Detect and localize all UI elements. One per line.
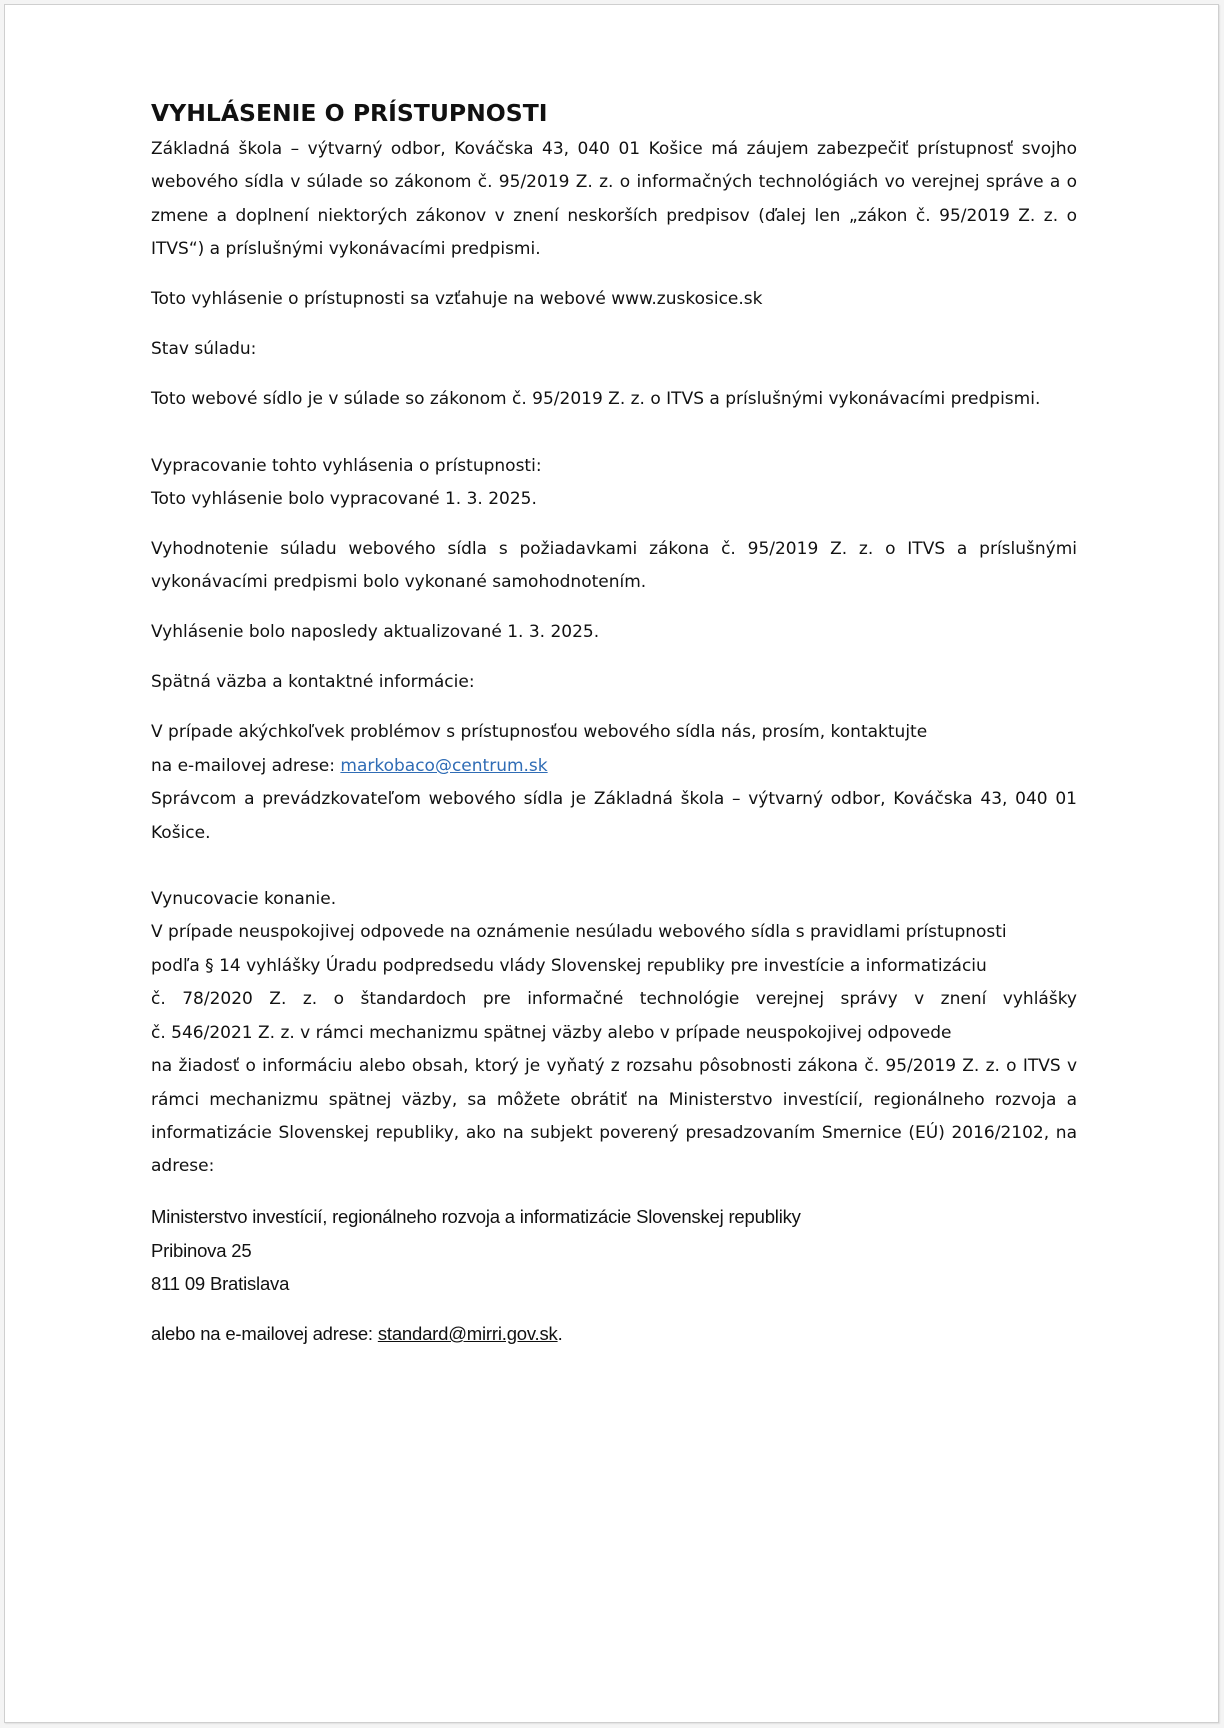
enforcement-line: č. 546/2021 Z. z. v rámci mechanizmu spä… [151, 1017, 1077, 1050]
document-content: VYHLÁSENIE O PRÍSTUPNOSTI Základná škola… [151, 95, 1077, 1351]
enforcement-line: č. 78/2020 Z. z. o štandardoch pre infor… [151, 983, 1077, 1016]
evaluation-paragraph: Vyhodnotenie súladu webového sídla s pož… [151, 533, 1077, 600]
intro-paragraph: Základná škola – výtvarný odbor, Kováčsk… [151, 133, 1077, 267]
ministry-email-link[interactable]: standard@mirri.gov.sk [378, 1323, 558, 1344]
preparation-date: Toto vyhlásenie bolo vypracované 1. 3. 2… [151, 483, 1077, 516]
enforcement-block: V prípade neuspokojivej odpovede na ozná… [151, 916, 1077, 1183]
last-update: Vyhlásenie bolo naposledy aktualizované … [151, 616, 1077, 649]
feedback-line: V prípade akýchkoľvek problémov s prístu… [151, 716, 1077, 749]
ministry-address: Ministerstvo investícií, regionálneho ro… [151, 1200, 1077, 1350]
enforcement-heading: Vynucovacie konanie. [151, 883, 1077, 916]
operator-paragraph: Správcom a prevádzkovateľom webového síd… [151, 783, 1077, 850]
ministry-street: Pribinova 25 [151, 1234, 1077, 1267]
page-title: VYHLÁSENIE O PRÍSTUPNOSTI [151, 95, 1077, 131]
ministry-email-suffix: . [558, 1323, 563, 1344]
ministry-name: Ministerstvo investícií, regionálneho ro… [151, 1200, 1077, 1233]
document-page: VYHLÁSENIE O PRÍSTUPNOSTI Základná škola… [4, 4, 1219, 1723]
feedback-heading: Spätná väzba a kontaktné informácie: [151, 666, 1077, 699]
feedback-email-prefix: na e-mailovej adrese: [151, 756, 340, 776]
feedback-email-link[interactable]: markobaco@centrum.sk [340, 756, 547, 776]
enforcement-paragraph: na žiadosť o informáciu alebo obsah, kto… [151, 1050, 1077, 1184]
enforcement-line: V prípade neuspokojivej odpovede na ozná… [151, 916, 1077, 949]
compliance-paragraph: Toto webové sídlo je v súlade so zákonom… [151, 383, 1077, 416]
feedback-email-line: na e-mailovej adrese: markobaco@centrum.… [151, 750, 1077, 783]
spacer [151, 1301, 1077, 1318]
ministry-city: 811 09 Bratislava [151, 1267, 1077, 1300]
scope-paragraph: Toto vyhlásenie o prístupnosti sa vzťahu… [151, 283, 1077, 316]
compliance-heading: Stav súladu: [151, 333, 1077, 366]
enforcement-line: podľa § 14 vyhlášky Úradu podpredsedu vl… [151, 950, 1077, 983]
preparation-heading: Vypracovanie tohto vyhlásenia o prístupn… [151, 450, 1077, 483]
ministry-email-prefix: alebo na e-mailovej adrese: [151, 1323, 378, 1344]
ministry-email-line: alebo na e-mailovej adrese: standard@mir… [151, 1317, 1077, 1350]
